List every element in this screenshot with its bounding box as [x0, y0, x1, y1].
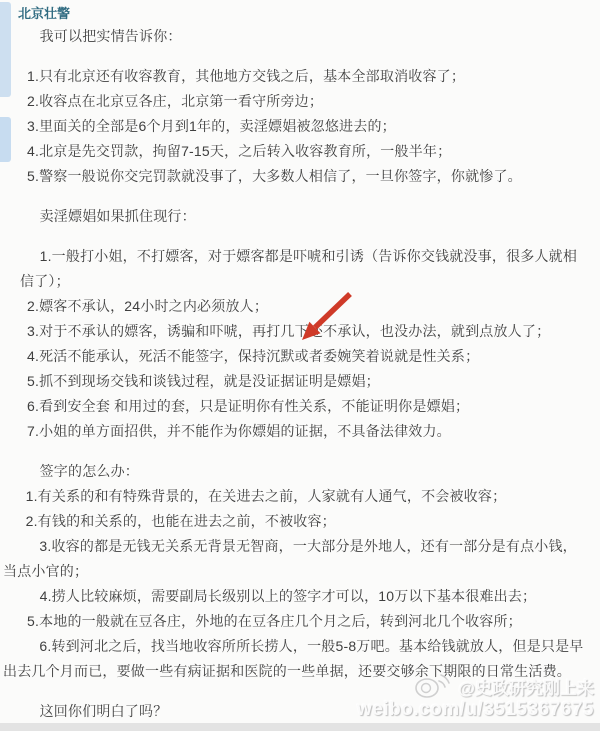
paragraph: 2.嫖客不承认，24小时之内必须放人；: [20, 294, 586, 319]
weibo-watermark: @史政研究刚上来 weibo.com/u/3515367675: [357, 671, 594, 721]
paragraph: 2.有钱的和关系的，也能在进去之前，不被收容；: [20, 509, 586, 534]
paragraph: 3.里面关的全部是6个月到1年的，卖淫嫖娼被忽悠进去的；: [20, 114, 586, 139]
paragraph: 3.对于不承认的嫖客，诱骗和吓唬，再打几下还不承认，也没办法，就到点放人了；: [20, 319, 586, 344]
watermark-url: weibo.com/u/3515367675: [357, 699, 594, 721]
paragraph: 1.只有北京还有收容教育，其他地方交钱之后，基本全部取消收容了；: [20, 64, 586, 89]
paragraph: 2.收容点在北京豆各庄，北京第一看守所旁边；: [20, 89, 586, 114]
paragraph: 我可以把实情告诉你：: [20, 24, 586, 49]
post-content: 我可以把实情告诉你：1.只有北京还有收容教育，其他地方交钱之后，基本全部取消收容…: [0, 24, 600, 724]
paragraph: 4.捞人比较麻烦，需要副局长级别以上的签字才可以，10万以下基本很难出去；: [20, 584, 586, 609]
weibo-post-screenshot: 北京壮警 我可以把实情告诉你：1.只有北京还有收容教育，其他地方交钱之后，基本全…: [0, 0, 600, 731]
paragraph: 签字的怎么办：: [20, 459, 586, 484]
paragraph: 1.有关系的和有特殊背景的，在关进去之前，人家就有人通气，不会被收容；: [20, 484, 586, 509]
paragraph: 1.一般打小姐，不打嫖客，对于嫖客都是吓唬和引诱（告诉你交钱就没事，很多人就相信…: [20, 244, 586, 294]
weibo-logo-icon: [414, 671, 452, 699]
paragraph: 4.北京是先交罚款，拘留7-15天，之后转入收容教育所，一般半年；: [20, 139, 586, 164]
paragraph: 6.看到安全套 和用过的套，只是证明你有性关系，不能证明你是嫖娼；: [20, 394, 586, 419]
watermark-handle: @史政研究刚上来: [458, 679, 594, 699]
paragraph: 5.警察一般说你交完罚款就没事了，大多数人相信了，一旦你签字，你就惨了。: [20, 164, 586, 189]
author-link[interactable]: 北京壮警: [18, 3, 70, 22]
paragraph: 5.本地的一般就在豆各庄，外地的在豆各庄几个月之后，转到河北几个收容所；: [20, 609, 586, 634]
paragraph: 7.小姐的单方面招供，并不能作为你嫖娼的证据，不具备法律效力。: [20, 419, 586, 444]
paragraph: 3.收容的都是无钱无关系无背景无智商，一大部分是外地人，还有一部分是有点小钱，当…: [3, 534, 586, 584]
paragraph: 4.死活不能承认，死活不能签字，保持沉默或者委婉笑着说就是性关系；: [20, 344, 586, 369]
paragraph: 卖淫嫖娼如果抓住现行：: [20, 204, 586, 229]
bottom-edge-bar: [0, 723, 600, 731]
paragraph: 5.抓不到现场交钱和谈钱过程，就是没证据证明是嫖娼；: [20, 369, 586, 394]
